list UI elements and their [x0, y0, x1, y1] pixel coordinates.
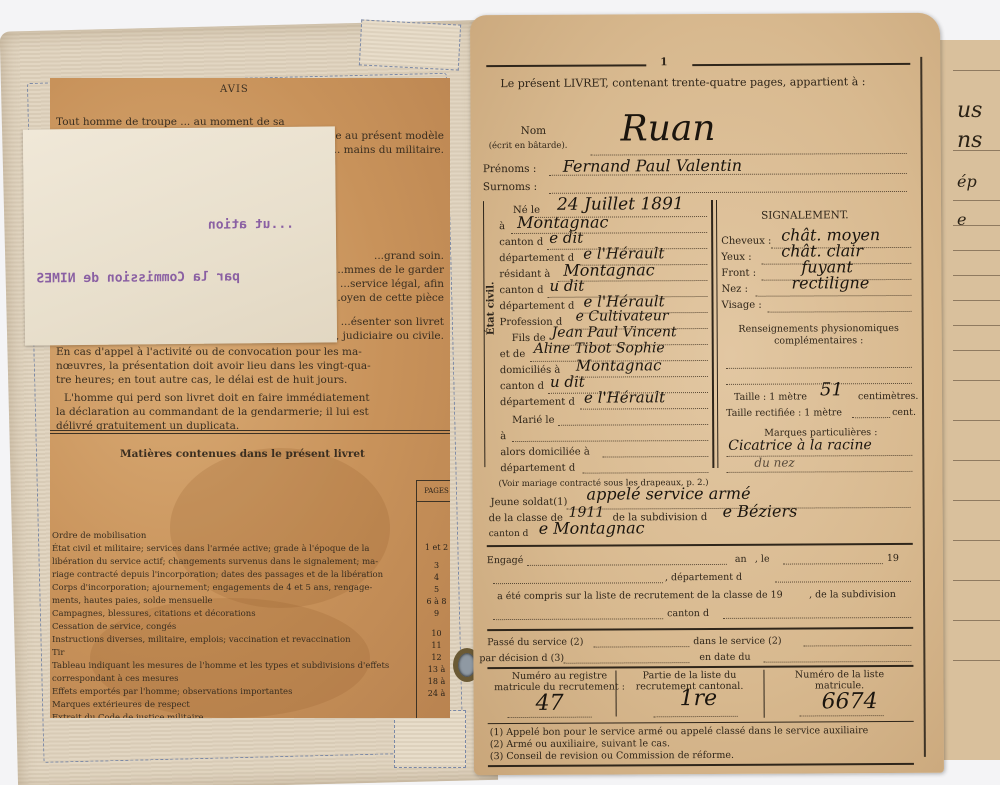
renseignements-title: Renseignements physionomiques complément… — [724, 323, 914, 348]
cover-top-tab — [359, 19, 461, 70]
an-label: an — [735, 554, 747, 565]
domicilies-value: Montagnac — [576, 356, 662, 374]
nez-label: Nez : — [721, 284, 748, 295]
canton-value: u dit — [549, 277, 584, 295]
toc-item: État civil et militaire; services dans l… — [52, 543, 424, 556]
stamp-text: par la Commission de NIMES — [36, 269, 240, 286]
le-label: , le — [755, 554, 770, 565]
departement-label: département d — [500, 397, 575, 408]
nez-value: rectiligne — [791, 273, 869, 292]
table-of-contents: Ordre de mobilisation État civil et mili… — [52, 530, 424, 718]
avis-line: ...service légal, afin — [340, 278, 444, 290]
avis-line: tre heures; en tout autre cas, le délai … — [56, 374, 347, 386]
cheveux-label: Cheveux : — [721, 236, 771, 247]
toc-item: Cessation de service, congés — [52, 621, 424, 634]
dans-service-label: dans le service (2) — [693, 636, 781, 647]
nom-sublabel: (écrit en bâtarde). — [489, 141, 568, 151]
profession-value: e Cultivateur — [576, 308, 669, 324]
intro-text: Le présent LIVRET, contenant trente-quat… — [500, 75, 910, 91]
partie-liste-value: 1re — [680, 686, 718, 711]
visage-label: Visage : — [722, 300, 762, 311]
stamp-text: ...ut ation — [208, 217, 294, 233]
prenoms-label: Prénoms : — [483, 163, 537, 175]
avis-line: ...mmes de le garder — [334, 264, 444, 276]
year-suffix: 19 — [887, 553, 899, 564]
canton-label: canton d — [489, 529, 529, 539]
canton-label: canton d — [499, 285, 543, 296]
avis-line: ...grand soin. — [374, 250, 444, 262]
toc-item: Instructions diverses, militaire, emploi… — [52, 634, 424, 647]
toc-item: Marques extérieures de respect — [52, 699, 424, 712]
registre-value: 47 — [536, 691, 564, 716]
toc-item: libération du service actif; changements… — [52, 556, 424, 569]
avis-line: En cas d'appel à l'activité ou de convoc… — [56, 346, 362, 358]
avis-line: la déclaration au commandant de la genda… — [56, 406, 369, 418]
fils-de-value: Jean Paul Vincent — [552, 324, 677, 341]
taille-rectifiee-label: Taille rectifiée : 1 mètre — [726, 407, 842, 419]
toc-item: ments, hautes paies, solde mensuelle — [52, 595, 424, 608]
lieu-label: à — [499, 221, 505, 232]
toc-item: Tir — [52, 647, 424, 660]
avis-line: Tout homme de troupe ... au moment de sa — [56, 116, 285, 128]
toc-item: Corps d'incorporation; ajournement; enga… — [52, 582, 424, 595]
nom-value: Ruan — [621, 108, 716, 149]
matieres-title: Matières contenues dans le présent livre… — [120, 448, 365, 460]
engagement-canton-label: canton d — [667, 608, 709, 619]
footnote: (3) Conseil de revision ou Commission de… — [490, 750, 734, 762]
canton-label: canton d — [500, 381, 544, 392]
engagement-departement-label: , département d — [665, 572, 742, 583]
marie-le-label: Marié le — [512, 415, 554, 426]
marie-lieu-label: à — [500, 431, 506, 442]
departement-label: département d — [500, 463, 575, 474]
etat-civil-label: État civil. — [485, 281, 496, 335]
canton-value: e Montagnac — [539, 518, 645, 538]
right-page-form: 1 Le présent LIVRET, contenant trente-qu… — [470, 13, 944, 775]
handwriting-fragment: e — [957, 210, 966, 229]
nom-label: Nom — [521, 125, 547, 137]
toc-item: Ordre de mobilisation — [52, 530, 424, 543]
toc-item: riage contracté depuis l'incorporation; … — [52, 569, 424, 582]
marques-value-2: du nez — [754, 456, 794, 470]
toc-item: Extrait du Code de justice militaire — [52, 712, 424, 718]
ne-le-value: 24 Juillet 1891 — [557, 194, 684, 215]
canton-label: canton d — [499, 237, 543, 248]
jeune-soldat-value: appelé service armé — [586, 484, 750, 504]
passe-service-label: Passé du service (2) — [487, 637, 583, 649]
toc-item: Effets emportés par l'homme; observation… — [52, 686, 424, 699]
departement-value: e l'Hérault — [584, 388, 665, 406]
canton-value: u dit — [550, 373, 585, 391]
numero-liste-header: Numéro de la liste matricule. — [769, 669, 909, 692]
marques-value-1: Cicatrice à la racine — [728, 437, 872, 454]
jeune-soldat-label: Jeune soldat(1) — [491, 497, 568, 508]
avis-line: ... mains du militaire. — [330, 144, 444, 156]
avis-title: AVIS — [220, 84, 249, 95]
handwriting-fragment: ns — [957, 128, 982, 153]
subdivision-value: e Béziers — [723, 502, 798, 521]
avis-line: L'homme qui perd son livret doit en fair… — [64, 392, 370, 404]
avis-line: ...ésenter son livret — [341, 316, 444, 328]
taille-label: Taille : 1 mètre — [734, 391, 807, 402]
numero-liste-value: 6674 — [822, 689, 878, 714]
avis-line: nœuvres, la présentation doit avoir lieu… — [56, 360, 371, 372]
toc-item: correspondant à ces mesures — [52, 673, 424, 686]
cover-bottom-tab — [394, 710, 466, 768]
avis-line: ...se au présent modèle — [320, 130, 444, 142]
handwriting-fragment: us — [957, 98, 982, 123]
liste-subdivision-label: , de la subdivision — [809, 589, 896, 600]
avis-line: ...oyen de cette pièce — [331, 292, 444, 304]
taille-rectifiee-unit: cent. — [892, 407, 916, 418]
handwriting-fragment: ép — [957, 172, 977, 191]
registre-header: Numéro au registre matricule du recrutem… — [489, 670, 629, 693]
front-label: Front : — [721, 268, 756, 279]
date-label: en date du — [699, 652, 750, 663]
liste-recrutement-label: a été compris sur la liste de recrutemen… — [497, 590, 783, 602]
et-de-label: et de — [500, 349, 525, 360]
footnote: (2) Armé ou auxiliaire, suivant le cas. — [490, 738, 670, 750]
alors-domiciliee-label: alors domiciliée à — [500, 447, 590, 458]
taille-value: 51 — [820, 379, 843, 400]
engage-label: Engagé — [487, 555, 524, 566]
toc-item: Tableau indiquant les mesures de l'homme… — [52, 660, 424, 673]
residant-label: résidant à — [499, 269, 550, 280]
footnote: (1) Appelé bon pour le service armé ou a… — [490, 725, 869, 738]
toc-item: Campagnes, blessures, citations et décor… — [52, 608, 424, 621]
yeux-label: Yeux : — [721, 252, 751, 263]
prenoms-value: Fernand Paul Valentin — [563, 156, 742, 176]
pasted-paper-slip: ...ut ation par la Commission de NIMES — [23, 126, 337, 345]
page-number: 1 — [660, 56, 667, 68]
taille-unit: centimètres. — [858, 391, 918, 402]
pages-header: PAGES — [417, 481, 450, 502]
section-divider — [50, 430, 450, 434]
canton-value: e dit — [549, 229, 583, 247]
decision-label: par décision d (3) — [479, 653, 564, 664]
et-de-value: Aline Tibot Sophie — [534, 340, 665, 357]
signalement-title: SIGNALEMENT. — [761, 209, 849, 221]
surnoms-label: Surnoms : — [483, 181, 537, 193]
departement-label: département d — [500, 301, 575, 312]
